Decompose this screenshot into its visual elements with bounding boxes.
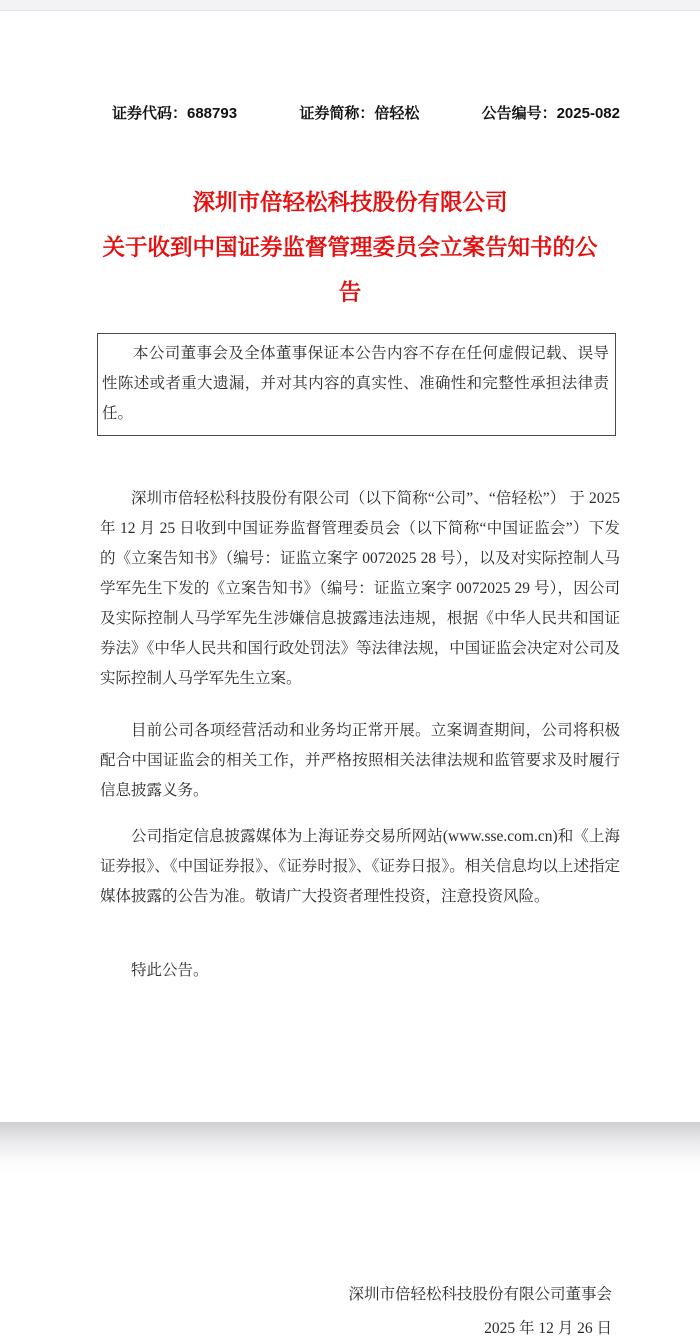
title-company-name: 深圳市倍轻松科技股份有限公司 bbox=[100, 180, 600, 225]
announcement-body: 深圳市倍轻松科技股份有限公司（以下简称“公司”、“倍轻松”） 于 2025 年 … bbox=[100, 484, 620, 986]
stock-code: 证券代码：688793 bbox=[112, 103, 237, 124]
signature-block: 深圳市倍轻松科技股份有限公司董事会 2025 年 12 月 26 日 bbox=[0, 1280, 612, 1344]
board-disclaimer-box: 本公司董事会及全体董事保证本公告内容不存在任何虚假记载、误导性陈述或者重大遗漏，… bbox=[97, 333, 616, 436]
title-subject: 关于收到中国证券监督管理委员会立案告知书的公告 bbox=[100, 225, 600, 315]
document-title: 深圳市倍轻松科技股份有限公司 关于收到中国证券监督管理委员会立案告知书的公告 bbox=[100, 180, 600, 315]
paragraph-filing-notice: 深圳市倍轻松科技股份有限公司（以下简称“公司”、“倍轻松”） 于 2025 年 … bbox=[100, 484, 620, 694]
paragraph-disclosure-media: 公司指定信息披露媒体为上海证券交易所网站(www.sse.com.cn)和《上海… bbox=[100, 822, 620, 912]
signature-company: 深圳市倍轻松科技股份有限公司董事会 bbox=[0, 1280, 612, 1310]
paragraph-operations-status: 目前公司各项经营活动和业务均正常开展。立案调查期间，公司将积极配合中国证监会的相… bbox=[100, 716, 620, 806]
signature-date: 2025 年 12 月 26 日 bbox=[0, 1314, 612, 1344]
announcement-document-page: 证券代码：688793 证券简称：倍轻松 公告编号：2025-082 深圳市倍轻… bbox=[0, 0, 700, 1344]
viewer-top-strip bbox=[0, 0, 700, 11]
paragraph-closing: 特此公告。 bbox=[100, 956, 620, 986]
document-header-row: 证券代码：688793 证券简称：倍轻松 公告编号：2025-082 bbox=[112, 103, 620, 124]
disclaimer-text: 本公司董事会及全体董事保证本公告内容不存在任何虚假记载、误导性陈述或者重大遗漏，… bbox=[102, 345, 609, 422]
page-break-shadow bbox=[0, 1122, 700, 1174]
stock-name: 证券简称：倍轻松 bbox=[299, 103, 419, 124]
announcement-number: 公告编号：2025-082 bbox=[482, 103, 620, 124]
